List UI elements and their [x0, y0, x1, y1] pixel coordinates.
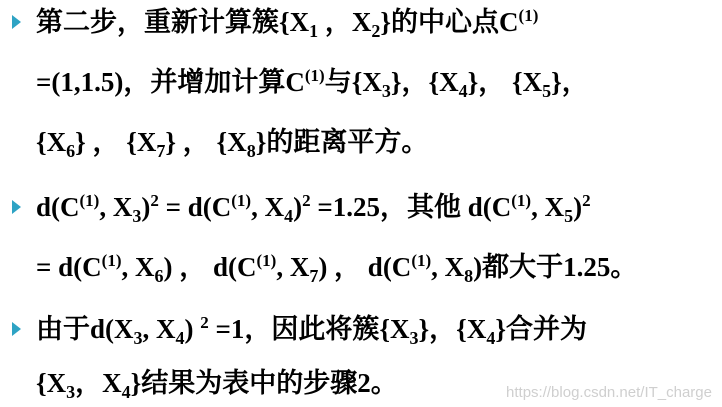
paragraph-line: 第二步，重新计算簇{X1 ，X2}的中心点C(1): [36, 4, 538, 40]
paragraph-line: 由于d(X3, X4) 2 =1，因此将簇{X3}，{X4}合并为: [36, 311, 587, 347]
bullet-triangle-icon: [12, 15, 21, 29]
paragraph-line: =(1,1.5)，并增加计算C(1)与{X3}，{X4}， {X5}，: [36, 64, 589, 100]
paragraph-line: d(C(1), X3)2 = d(C(1), X4)2 =1.25，其他 d(C…: [36, 189, 591, 225]
paragraph-line: {X6} ， {X7} ， {X8}的距离平方。: [36, 124, 428, 160]
paragraph-line: = d(C(1), X6) ， d(C(1), X7) ， d(C(1), X8…: [36, 249, 637, 285]
slide: 第二步，重新计算簇{X1 ，X2}的中心点C(1) =(1,1.5)，并增加计算…: [0, 0, 722, 407]
paragraph-line: {X3，X4}结果为表中的步骤2。: [36, 365, 398, 401]
bullet-triangle-icon: [12, 200, 21, 214]
watermark: https://blog.csdn.net/IT_charge: [506, 384, 712, 401]
bullet-triangle-icon: [12, 322, 21, 336]
